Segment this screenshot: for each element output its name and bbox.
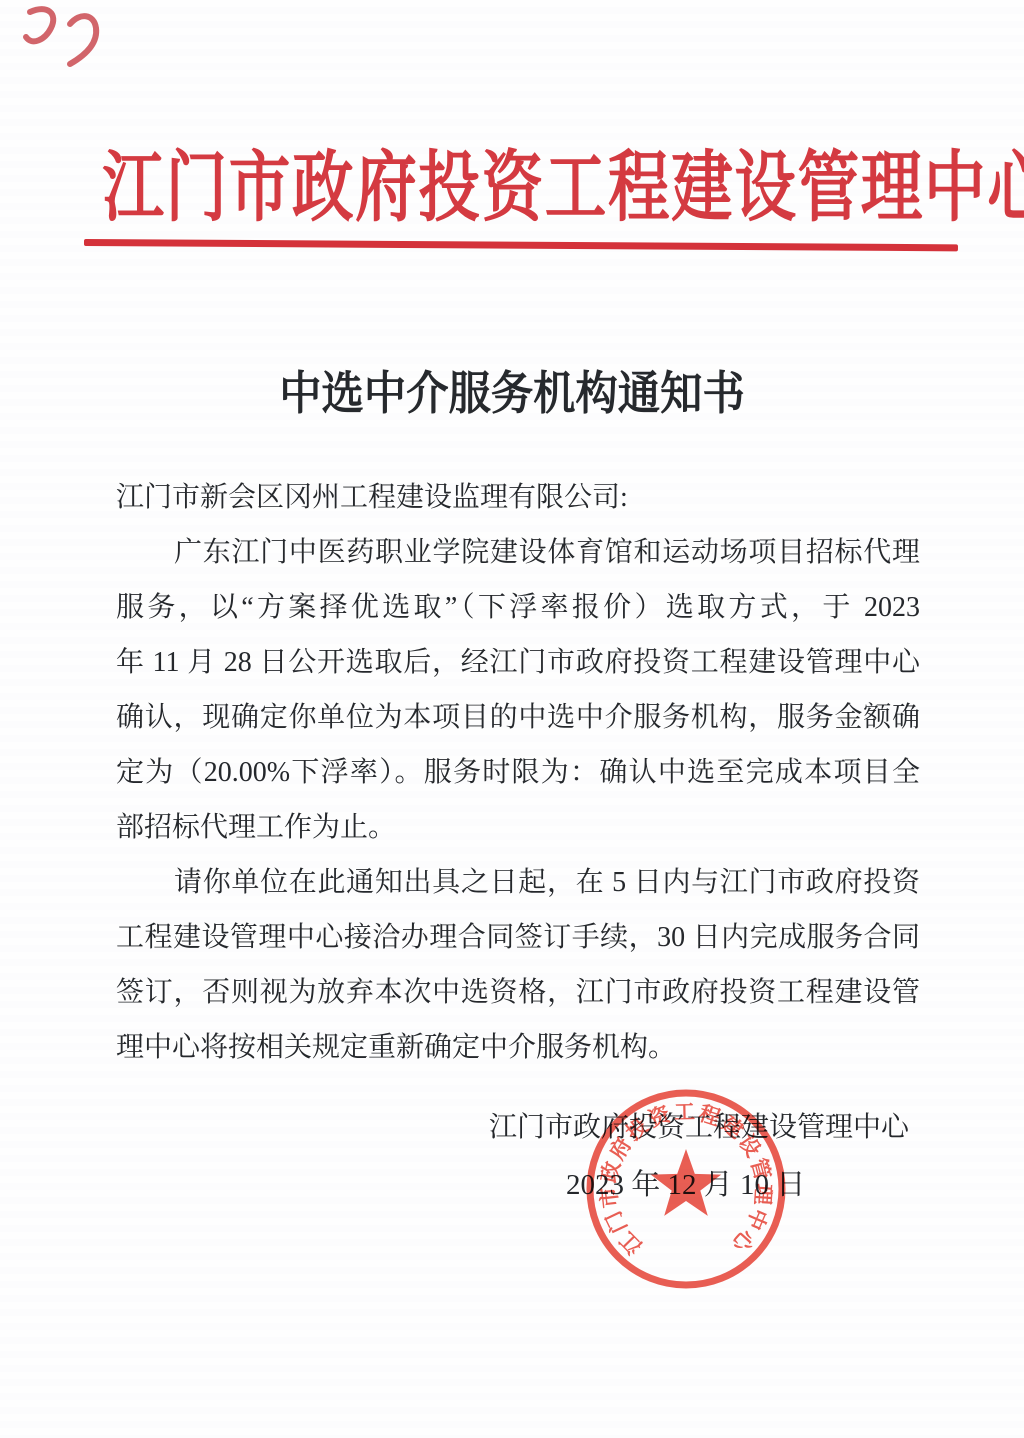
body-line: 服务，以“方案择优选取”（下浮率报价）选取方式，于 2023 xyxy=(116,580,920,635)
body-line: 年 11 月 28 日公开选取后，经江门市政府投资工程建设管理中心 xyxy=(116,635,920,690)
body-line: 部招标代理工作为止。 xyxy=(116,800,920,855)
star-icon xyxy=(651,1149,721,1216)
corner-ink-marks-icon xyxy=(18,2,110,78)
body-line: 工程建设管理中心接洽办理合同签订手续，30 日内完成服务合同 xyxy=(116,910,920,965)
letterhead-title: 江门市政府投资工程建设管理中心 xyxy=(102,126,921,237)
body-line: 确认，现确定你单位为本项目的中选中介服务机构，服务金额确 xyxy=(116,690,920,745)
recipient-line: 江门市新会区冈州工程建设监理有限公司: xyxy=(116,470,920,525)
letter-body: 江门市新会区冈州工程建设监理有限公司: 广东江门中医药职业学院建设体育馆和运动场… xyxy=(116,470,920,1075)
body-line: 定为（20.00%下浮率）。服务时限为：确认中选至完成本项目全 xyxy=(116,745,920,800)
body-line: 签订，否则视为放弃本次中选资格，江门市政府投资工程建设管 xyxy=(116,965,920,1020)
official-seal: 江门市政府投资工程建设管理中心 xyxy=(576,1079,796,1299)
body-line: 理中心将按相关规定重新确定中介服务机构。 xyxy=(116,1020,920,1075)
body-line: 请你单位在此通知出具之日起，在 5 日内与江门市政府投资 xyxy=(116,855,920,910)
body-line: 广东江门中医药职业学院建设体育馆和运动场项目招标代理 xyxy=(116,525,920,580)
letterhead-rule xyxy=(84,239,958,251)
document-title: 中选中介服务机构通知书 xyxy=(41,357,983,423)
document-page: 江门市政府投资工程建设管理中心 中选中介服务机构通知书 江门市新会区冈州工程建设… xyxy=(0,0,1024,1438)
